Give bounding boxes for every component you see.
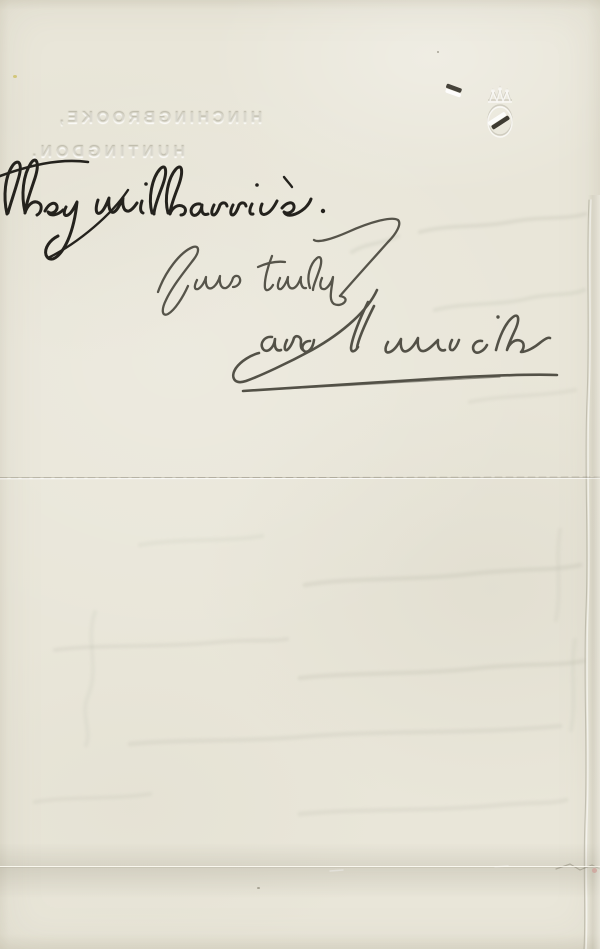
paper-speck	[13, 75, 17, 78]
paper-speck	[257, 887, 260, 889]
pin-slit-1	[444, 83, 463, 97]
coronet-crest-icon	[488, 88, 512, 137]
signature-strokes	[233, 290, 557, 391]
pin-slit-2	[487, 111, 510, 130]
tear-discoloration	[592, 868, 597, 873]
paper-speck	[437, 51, 439, 53]
handwriting-closing-strokes	[158, 219, 399, 315]
crease-lines	[0, 200, 600, 949]
scan-artwork	[0, 0, 600, 949]
ink-showthrough-ghosts	[35, 214, 585, 814]
right-edge-shading	[588, 195, 600, 949]
letter-page: HINCHINGBROOKE, HUNTINGDON.	[0, 0, 600, 949]
handwriting-line1-strokes	[0, 160, 325, 259]
